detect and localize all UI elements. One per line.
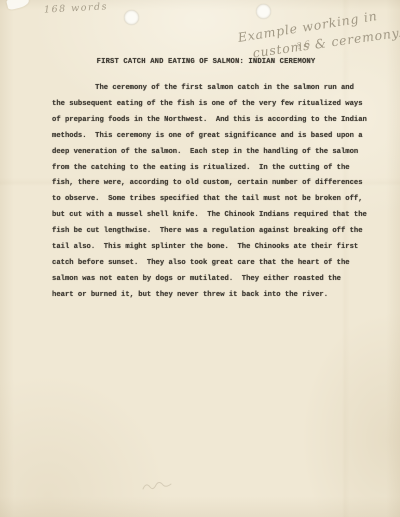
hole-punch-left [124, 10, 139, 25]
pencil-scribble [141, 479, 175, 493]
pencil-word-count-annotation: 168 words [44, 1, 109, 15]
torn-corner-chip [6, 0, 30, 10]
document-title: FIRST CATCH AND EATING OF SALMON: INDIAN… [12, 57, 400, 67]
scanned-document-page: 168 words Example working in customs & c… [0, 0, 400, 517]
document-body-text: The ceremony of the first salmon catch i… [52, 81, 367, 304]
hole-punch-right [256, 4, 271, 19]
